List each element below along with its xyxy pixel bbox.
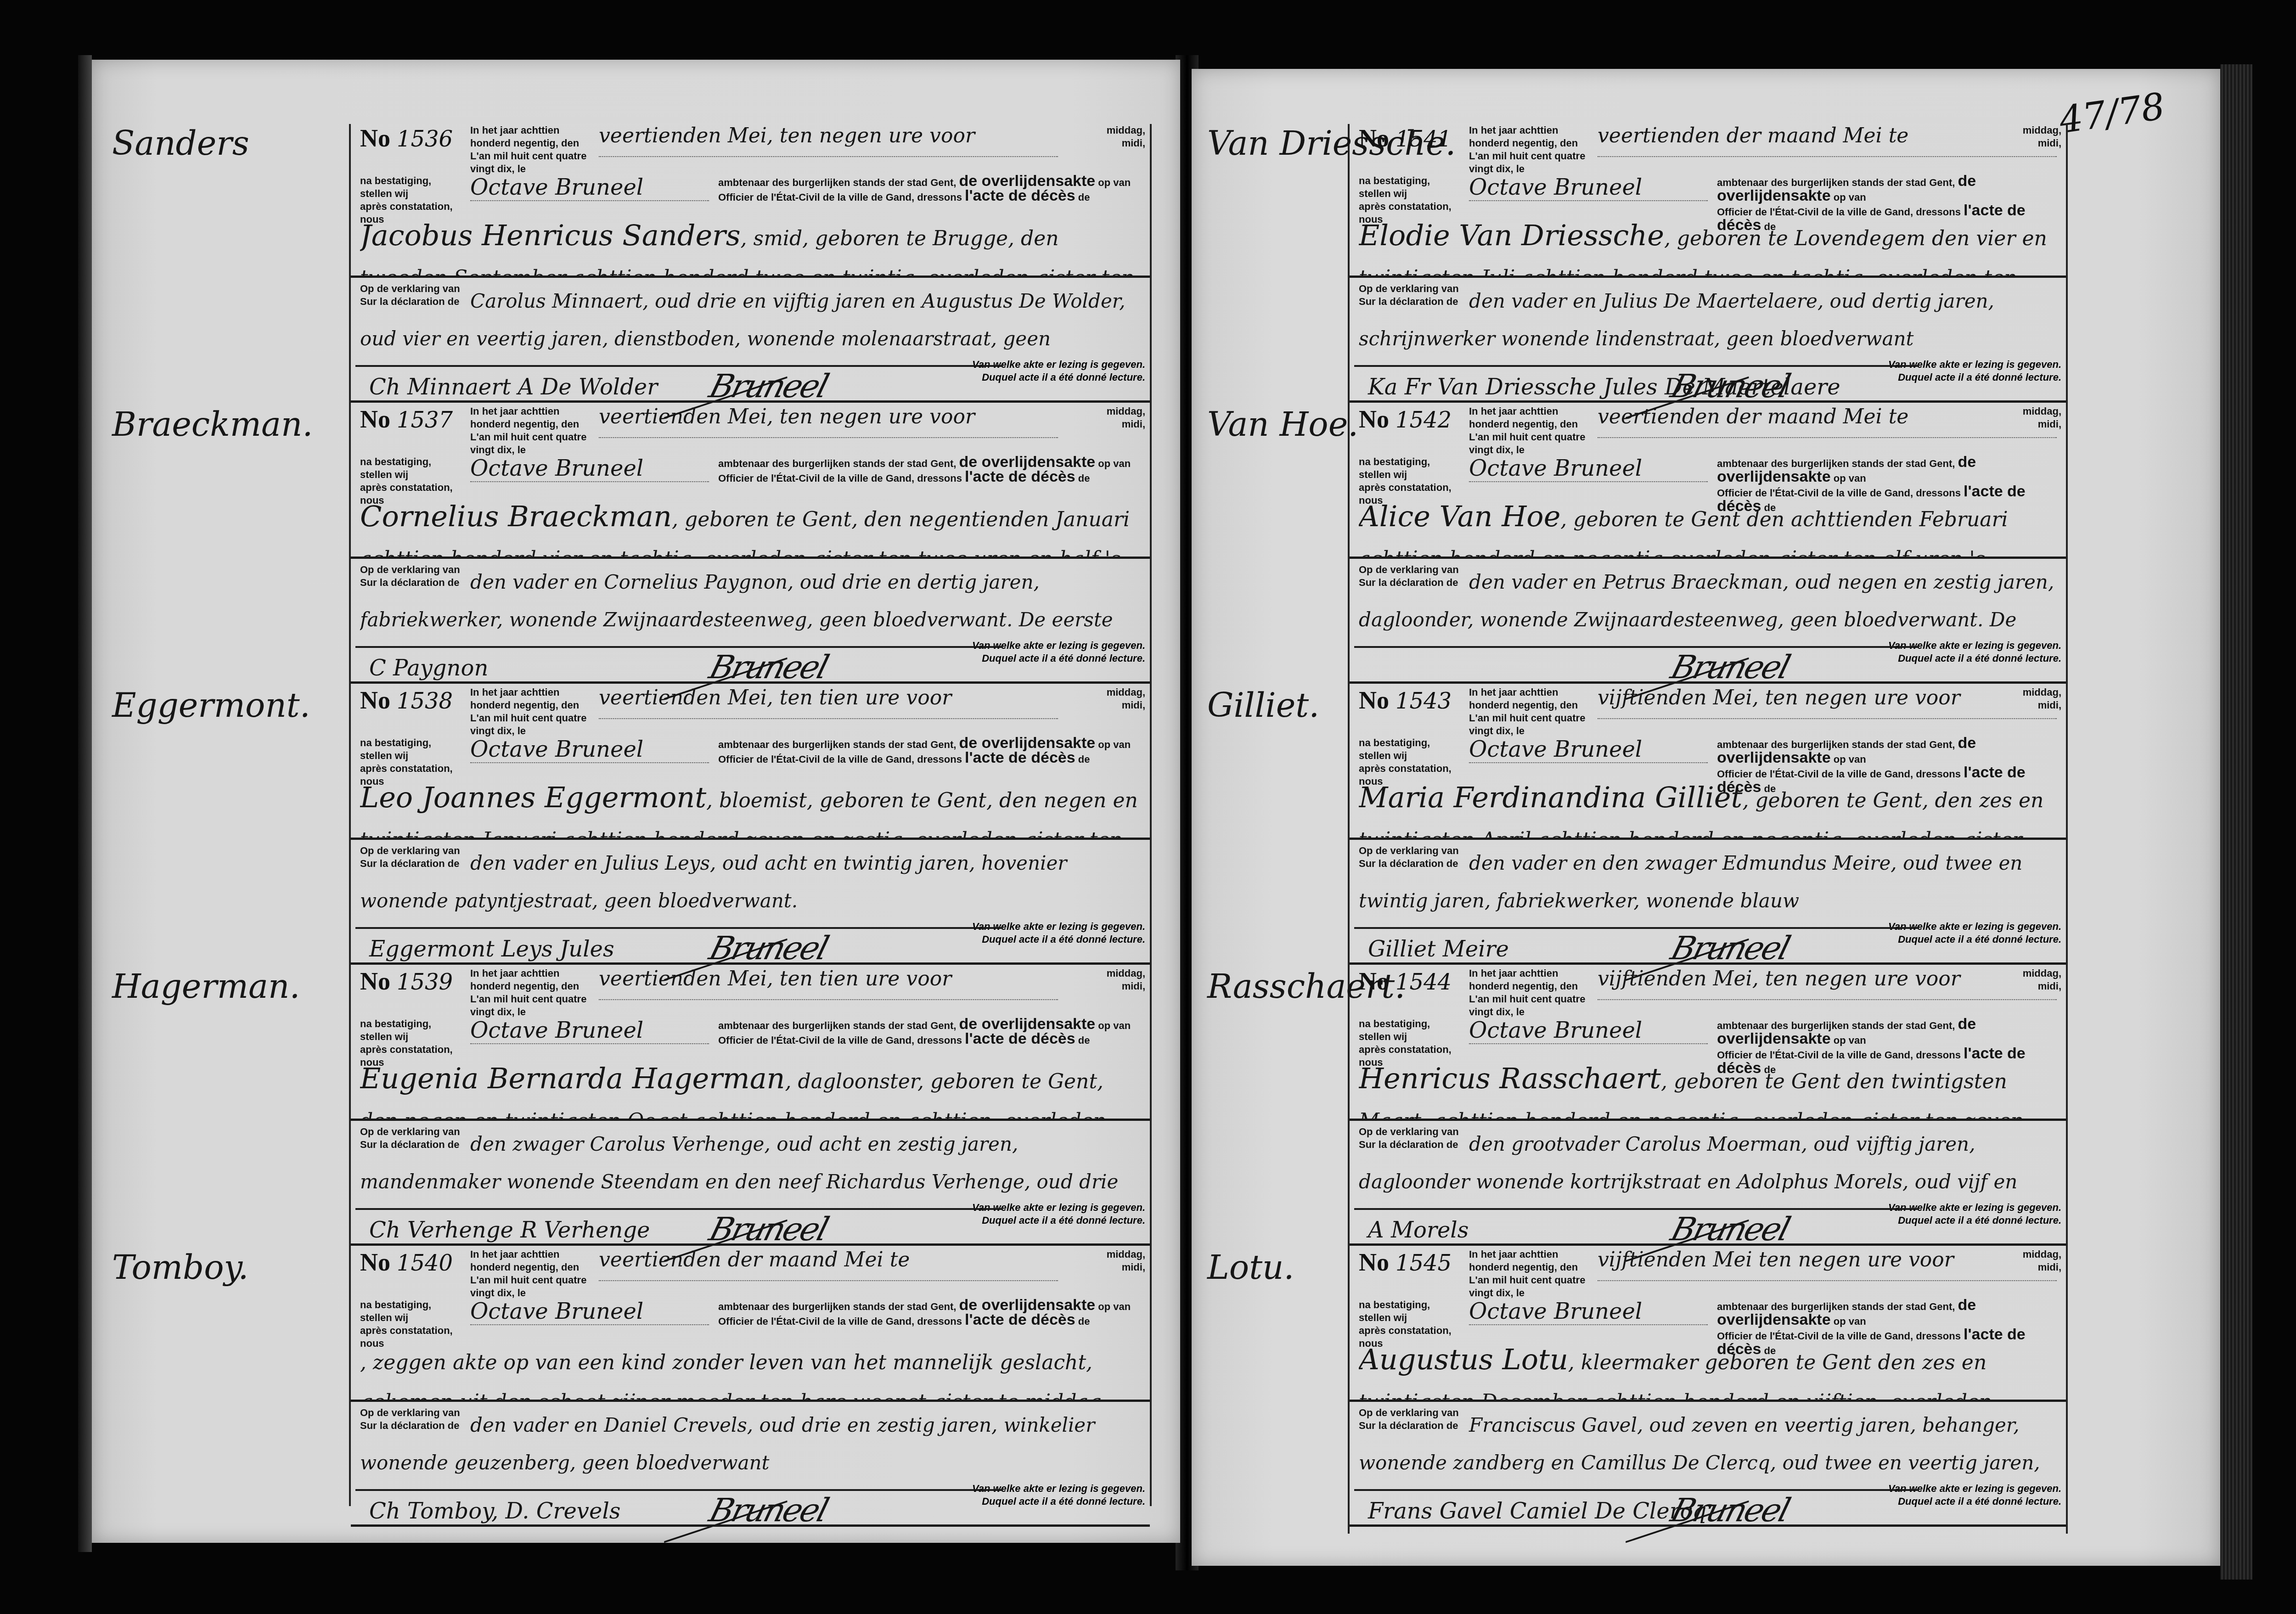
record-date-value: veertienden der maand Mei te <box>1598 405 1908 428</box>
record-number: No1538 <box>360 686 453 714</box>
read-fr: Duquel acte il a été donné lecture. <box>1888 1495 2061 1508</box>
intro-nl: In het jaar achttien honderd negentig, d… <box>470 686 590 712</box>
record-body: , zeggen akte op van een kind zonder lev… <box>360 1340 1141 1400</box>
declaration-label: Op de verklaring van Sur la déclaration … <box>1359 1125 1464 1151</box>
no-label: No <box>1359 1248 1389 1276</box>
intro-fr: L'an mil huit cent quatre vingt dix, le <box>1469 1274 1588 1299</box>
declaration: Op de verklaring van Sur la déclaration … <box>360 1406 1141 1482</box>
deceased-name: Cornelius Braeckman <box>360 500 672 533</box>
record-date: veertienden Mei, ten tien ure voor <box>599 967 1058 1000</box>
midday-nl: middag, <box>1107 124 1145 137</box>
clerk-signature: Bruneel <box>705 929 831 967</box>
record-body: Alice Van Hoe, geboren te Gent den achtt… <box>1359 497 2057 557</box>
declaration-label: Op de verklaring van Sur la déclaration … <box>360 1406 466 1432</box>
no-label: No <box>360 1248 390 1276</box>
declaration: Op de verklaring van Sur la déclaration … <box>1359 1125 2057 1203</box>
declaration-label: Op de verklaring van Sur la déclaration … <box>360 1125 466 1151</box>
declaration-label: Op de verklaring van Sur la déclaration … <box>1359 282 1464 308</box>
midday-label: middag, midi, <box>1107 686 1145 712</box>
left-page-edge <box>78 55 92 1552</box>
declaration-label: Op de verklaring van Sur la déclaration … <box>360 844 466 870</box>
reading-note: Van welke akte er lezing is gegeven. Duq… <box>972 1482 1145 1508</box>
decl-fr: Sur la déclaration de <box>1359 576 1464 589</box>
decl-nl: Op de verklaring van <box>1359 1125 1464 1138</box>
record-number-value: 1540 <box>397 1250 453 1276</box>
declaration: Op de verklaring van Sur la déclaration … <box>1359 1406 2057 1485</box>
intro-fr: L'an mil huit cent quatre vingt dix, le <box>1469 993 1588 1018</box>
officer-name: Octave Bruneel <box>1469 456 1708 482</box>
reading-note: Van welke akte er lezing is gegeven. Duq… <box>1888 1482 2061 1508</box>
deceased-name: Jacobus Henricus Sanders <box>360 219 741 252</box>
intro-nl: In het jaar achttien honderd negentig, d… <box>1469 686 1588 712</box>
intro-text: In het jaar achttien honderd negentig, d… <box>470 686 590 737</box>
death-record: Rasschaert. No1544 In het jaar achttien … <box>1350 967 2066 1248</box>
record-number: No1536 <box>360 124 453 152</box>
declarants-text: Carolus Minnaert, oud drie en vijftig ja… <box>360 282 1141 360</box>
read-nl: Van welke akte er lezing is gegeven. <box>972 1482 1145 1495</box>
death-record: Sanders No1536 In het jaar achttien hond… <box>351 124 1150 405</box>
declaration-label: Op de verklaring van Sur la déclaration … <box>1359 1406 1464 1432</box>
read-fr: Duquel acte il a été donné lecture. <box>1888 371 2061 384</box>
witness-signatures: Gilliet Meire <box>1368 936 1509 962</box>
record-number-value: 1543 <box>1396 688 1452 714</box>
record-date-value: veertienden Mei, ten tien ure voor <box>599 686 951 709</box>
margin-surname: Gilliet. <box>1207 686 1319 725</box>
midday-fr: midi, <box>1107 699 1145 712</box>
death-record: Gilliet. No1543 In het jaar achttien hon… <box>1350 686 2066 967</box>
record-date-value: vijftienden Mei, ten negen ure voor <box>1598 967 1960 990</box>
record-date-value: vijftienden Mei ten negen ure voor <box>1598 1248 1954 1271</box>
margin-surname: Eggermont. <box>112 686 310 725</box>
record-date: veertienden Mei, ten negen ure voor <box>599 124 1058 157</box>
record-number-value: 1537 <box>397 407 453 433</box>
record-end-rule <box>1350 1243 2066 1246</box>
officer-row: na bestatiging, stellen wij après consta… <box>360 174 1145 211</box>
death-record: Hagerman. No1539 In het jaar achttien ho… <box>351 967 1150 1248</box>
akte-fr: l'acte de décès <box>965 468 1075 485</box>
op-van: op van <box>1098 1020 1131 1031</box>
deceased-name: Alice Van Hoe <box>1359 500 1560 533</box>
left-page: Sanders No1536 In het jaar achttien hond… <box>92 60 1180 1543</box>
intro-text: In het jaar achttien honderd negentig, d… <box>1469 1248 1588 1299</box>
na-nl: na bestatiging, stellen wij <box>360 456 466 481</box>
declaration: Op de verklaring van Sur la déclaration … <box>360 1125 1141 1203</box>
ambt-fr: Officier de l'État-Civil de la ville de … <box>718 1316 962 1327</box>
record-number-value: 1542 <box>1396 407 1452 433</box>
deceased-name: Elodie Van Driessche <box>1359 219 1664 252</box>
no-label: No <box>1359 686 1389 714</box>
record-body: Elodie Van Driessche, geboren te Lovende… <box>1359 216 2057 276</box>
record-number: No1545 <box>1359 1248 1452 1277</box>
intro-nl: In het jaar achttien honderd negentig, d… <box>1469 124 1588 150</box>
intro-fr: L'an mil huit cent quatre vingt dix, le <box>1469 150 1588 175</box>
officer-row: na bestatiging, stellen wij après consta… <box>1359 456 2061 492</box>
body-rule <box>351 838 1150 840</box>
midday-nl: middag, <box>1107 686 1145 699</box>
read-fr: Duquel acte il a été donné lecture. <box>1888 933 2061 946</box>
officer-name: Octave Bruneel <box>1469 174 1708 201</box>
death-record: Lotu. No1545 In het jaar achttien honder… <box>1350 1248 2066 1529</box>
midday-nl: middag, <box>1107 967 1145 980</box>
midday-label: middag, midi, <box>2023 405 2061 431</box>
read-fr: Duquel acte il a été donné lecture. <box>1888 1214 2061 1227</box>
declaration-label: Op de verklaring van Sur la déclaration … <box>1359 844 1464 870</box>
op-van: op van <box>1834 1316 1866 1327</box>
de-label: de <box>1078 191 1090 203</box>
no-label: No <box>360 124 390 152</box>
record-date: vijftienden Mei, ten negen ure voor <box>1598 686 2057 719</box>
no-label: No <box>1359 967 1389 995</box>
body-rule <box>1350 838 2066 840</box>
read-nl: Van welke akte er lezing is gegeven. <box>972 1201 1145 1214</box>
declaration: Op de verklaring van Sur la déclaration … <box>360 282 1141 360</box>
record-end-rule <box>1350 681 2066 684</box>
body-rule <box>1350 276 2066 278</box>
officer-name: Octave Bruneel <box>1469 1299 1708 1325</box>
decl-nl: Op de verklaring van <box>360 563 466 576</box>
midday-label: middag, midi, <box>1107 405 1145 431</box>
intro-nl: In het jaar achttien honderd negentig, d… <box>470 967 590 993</box>
na-nl: na bestatiging, stellen wij <box>360 1299 466 1324</box>
record-end-rule <box>351 962 1150 965</box>
officer-row: na bestatiging, stellen wij après consta… <box>1359 174 2061 211</box>
op-van: op van <box>1834 191 1866 203</box>
margin-surname: Lotu. <box>1207 1248 1294 1287</box>
decl-nl: Op de verklaring van <box>360 1406 466 1419</box>
declarants-text: den vader en Daniel Crevels, oud drie en… <box>360 1406 1141 1482</box>
death-record: Eggermont. No1538 In het jaar achttien h… <box>351 686 1150 967</box>
ambt-fr: Officier de l'État-Civil de la ville de … <box>718 191 962 203</box>
akte-fr: l'acte de décès <box>965 187 1075 204</box>
signature-rule <box>1354 646 1919 648</box>
record-number: No1539 <box>360 967 453 995</box>
op-van: op van <box>1098 1301 1131 1312</box>
declaration: Op de verklaring van Sur la déclaration … <box>1359 844 2057 920</box>
reading-note: Van welke akte er lezing is gegeven. Duq… <box>972 1201 1145 1227</box>
intro-nl: In het jaar achttien honderd negentig, d… <box>1469 405 1588 431</box>
decl-fr: Sur la déclaration de <box>360 576 466 589</box>
de-label: de <box>1078 754 1090 765</box>
register-spread: Sanders No1536 In het jaar achttien hond… <box>0 0 2296 1614</box>
intro-fr: L'an mil huit cent quatre vingt dix, le <box>470 712 590 737</box>
op-van: op van <box>1098 177 1131 188</box>
witness-signatures: Ch Tomboy, D. Crevels <box>369 1498 620 1524</box>
intro-text: In het jaar achttien honderd negentig, d… <box>470 405 590 456</box>
officer-name: Octave Bruneel <box>470 737 709 763</box>
officer-row: na bestatiging, stellen wij après consta… <box>1359 737 2061 773</box>
margin-surname: Braeckman. <box>112 405 313 444</box>
body-rule <box>351 557 1150 559</box>
decl-nl: Op de verklaring van <box>1359 282 1464 295</box>
midday-label: middag, midi, <box>2023 967 2061 993</box>
signature-rule <box>1354 1489 1919 1491</box>
read-nl: Van welke akte er lezing is gegeven. <box>1888 358 2061 371</box>
na-nl: na bestatiging, stellen wij <box>360 174 466 200</box>
record-number-value: 1541 <box>1396 126 1452 152</box>
de-label: de <box>1078 472 1090 484</box>
body-rule <box>351 1119 1150 1121</box>
decl-nl: Op de verklaring van <box>360 1125 466 1138</box>
ambtenaar-text: ambtenaar des burgerlijken stands der st… <box>718 737 1145 766</box>
reading-note: Van welke akte er lezing is gegeven. Duq… <box>1888 1201 2061 1227</box>
signature-rule <box>1354 1208 1919 1210</box>
record-body: Cornelius Braeckman, geboren te Gent, de… <box>360 497 1141 557</box>
midday-label: middag, midi, <box>2023 686 2061 712</box>
officer-row: na bestatiging, stellen wij après consta… <box>360 456 1145 492</box>
record-date: veertienden der maand Mei te <box>1598 124 2057 157</box>
intro-text: In het jaar achttien honderd negentig, d… <box>470 967 590 1018</box>
signature-rule <box>355 1208 1003 1210</box>
record-date-value: veertienden Mei, ten negen ure voor <box>599 405 975 428</box>
midday-fr: midi, <box>1107 980 1145 993</box>
no-label: No <box>360 405 390 433</box>
midday-nl: middag, <box>2023 1248 2061 1261</box>
record-number: No1541 <box>1359 124 1452 152</box>
record-number-value: 1536 <box>397 126 453 152</box>
ambt-fr: Officier de l'État-Civil de la ville de … <box>718 1035 962 1046</box>
decl-fr: Sur la déclaration de <box>360 1138 466 1151</box>
reading-note: Van welke akte er lezing is gegeven. Duq… <box>972 639 1145 665</box>
read-nl: Van welke akte er lezing is gegeven. <box>972 920 1145 933</box>
record-number: No1537 <box>360 405 453 433</box>
na-nl: na bestatiging, stellen wij <box>1359 1299 1464 1324</box>
read-nl: Van welke akte er lezing is gegeven. <box>972 358 1145 371</box>
na-nl: na bestatiging, stellen wij <box>360 1018 466 1043</box>
record-date: vijftienden Mei, ten negen ure voor <box>1598 967 2057 1000</box>
op-van: op van <box>1834 754 1866 765</box>
ambtenaar-text: ambtenaar des burgerlijken stands der st… <box>718 456 1145 485</box>
midday-label: middag, midi, <box>1107 124 1145 150</box>
record-number: No1540 <box>360 1248 453 1277</box>
right-records-frame: Van Driessche. No1541 In het jaar achtti… <box>1348 124 2068 1534</box>
death-record: Van Driessche. No1541 In het jaar achtti… <box>1350 124 2066 405</box>
declarants-text: den vader en Julius Leys, oud acht en tw… <box>360 844 1141 920</box>
na-nl: na bestatiging, stellen wij <box>360 737 466 762</box>
op-van: op van <box>1098 739 1131 750</box>
decl-fr: Sur la déclaration de <box>360 295 466 308</box>
signature-rule <box>355 646 1003 648</box>
record-body-text: zeggen akte op van een kind zonder leven… <box>360 1351 1127 1400</box>
midday-nl: middag, <box>2023 686 2061 699</box>
midday-label: middag, midi, <box>1107 1248 1145 1274</box>
intro-fr: L'an mil huit cent quatre vingt dix, le <box>1469 431 1588 456</box>
intro-nl: In het jaar achttien honderd negentig, d… <box>470 124 590 150</box>
clerk-signature: Bruneel <box>1667 929 1793 967</box>
declaration-label: Op de verklaring van Sur la déclaration … <box>360 563 466 589</box>
record-end-rule <box>1350 400 2066 403</box>
midday-fr: midi, <box>1107 1261 1145 1274</box>
clerk-signature: Bruneel <box>1667 1491 1793 1529</box>
decl-fr: Sur la déclaration de <box>1359 1419 1464 1432</box>
death-record: Tomboy. No1540 In het jaar achttien hond… <box>351 1248 1150 1529</box>
record-date: veertienden der maand Mei te <box>1598 405 2057 438</box>
intro-text: In het jaar achttien honderd negentig, d… <box>1469 967 1588 1018</box>
intro-text: In het jaar achttien honderd negentig, d… <box>470 1248 590 1299</box>
record-end-rule <box>351 1243 1150 1246</box>
midday-nl: middag, <box>2023 124 2061 137</box>
intro-fr: L'an mil huit cent quatre vingt dix, le <box>1469 712 1588 737</box>
read-fr: Duquel acte il a été donné lecture. <box>972 1214 1145 1227</box>
de-label: de <box>1078 1316 1090 1327</box>
record-body: Augustus Lotu, kleermaker geboren te Gen… <box>1359 1340 2057 1400</box>
ambt-nl: ambtenaar des burgerlijken stands der st… <box>718 1301 956 1312</box>
death-record: Van Hoe. No1542 In het jaar achttien hon… <box>1350 405 2066 686</box>
record-body: Leo Joannes Eggermont, bloemist, geboren… <box>360 778 1141 838</box>
clerk-signature: Bruneel <box>705 648 831 686</box>
read-fr: Duquel acte il a été donné lecture. <box>972 371 1145 384</box>
midday-nl: middag, <box>1107 405 1145 418</box>
read-nl: Van welke akte er lezing is gegeven. <box>1888 920 2061 933</box>
intro-fr: L'an mil huit cent quatre vingt dix, le <box>470 993 590 1018</box>
decl-fr: Sur la déclaration de <box>360 857 466 870</box>
ambt-nl: ambtenaar des burgerlijken stands der st… <box>718 458 956 469</box>
read-fr: Duquel acte il a été donné lecture. <box>972 1495 1145 1508</box>
body-rule <box>1350 1400 2066 1402</box>
record-date: veertienden der maand Mei te <box>599 1248 1058 1281</box>
op-van: op van <box>1098 458 1131 469</box>
midday-label: middag, midi, <box>2023 1248 2061 1274</box>
officer-row: na bestatiging, stellen wij après consta… <box>360 737 1145 773</box>
deceased-name: Eugenia Bernarda Hagerman <box>360 1062 785 1095</box>
body-rule <box>351 1400 1150 1402</box>
declarants-text: den zwager Carolus Verhenge, oud acht en… <box>360 1125 1141 1203</box>
signature-rule <box>355 365 1003 367</box>
decl-nl: Op de verklaring van <box>360 844 466 857</box>
intro-fr: L'an mil huit cent quatre vingt dix, le <box>470 150 590 175</box>
record-number-value: 1539 <box>397 969 453 995</box>
midday-fr: midi, <box>2023 418 2061 431</box>
margin-surname: Van Hoe. <box>1207 405 1358 444</box>
body-rule <box>1350 557 2066 559</box>
officer-row: na bestatiging, stellen wij après consta… <box>360 1299 1145 1335</box>
record-date-value: veertienden Mei, ten negen ure voor <box>599 124 975 147</box>
midday-fr: midi, <box>2023 1261 2061 1274</box>
midday-fr: midi, <box>2023 699 2061 712</box>
decl-nl: Op de verklaring van <box>360 282 466 295</box>
clerk-signature: Bruneel <box>1667 1210 1793 1248</box>
intro-nl: In het jaar achttien honderd negentig, d… <box>470 1248 590 1274</box>
officer-name: Octave Bruneel <box>470 1018 709 1044</box>
no-label: No <box>1359 124 1389 152</box>
record-body: Jacobus Henricus Sanders, smid, geboren … <box>360 216 1141 276</box>
ambtenaar-text: ambtenaar des burgerlijken stands der st… <box>718 1299 1145 1328</box>
record-body: Maria Ferdinandina Gilliet, geboren te G… <box>1359 778 2057 838</box>
declaration: Op de verklaring van Sur la déclaration … <box>1359 282 2057 358</box>
record-date: veertienden Mei, ten tien ure voor <box>599 686 1058 719</box>
declaration-label: Op de verklaring van Sur la déclaration … <box>360 282 466 308</box>
intro-fr: L'an mil huit cent quatre vingt dix, le <box>470 431 590 456</box>
clerk-signature: Bruneel <box>705 1210 831 1248</box>
na-nl: na bestatiging, stellen wij <box>1359 1018 1464 1043</box>
read-nl: Van welke akte er lezing is gegeven. <box>972 639 1145 652</box>
decl-nl: Op de verklaring van <box>1359 844 1464 857</box>
reading-note: Van welke akte er lezing is gegeven. Duq… <box>1888 358 2061 384</box>
akte-fr: l'acte de décès <box>965 1311 1075 1328</box>
record-number: No1542 <box>1359 405 1452 433</box>
record-date-value: veertienden Mei, ten tien ure voor <box>599 967 951 990</box>
record-end-rule <box>351 681 1150 684</box>
left-records-frame: Sanders No1536 In het jaar achttien hond… <box>349 124 1152 1506</box>
record-date: vijftienden Mei ten negen ure voor <box>1598 1248 2057 1281</box>
na-nl: na bestatiging, stellen wij <box>1359 174 1464 200</box>
midday-label: middag, midi, <box>2023 124 2061 150</box>
officer-row: na bestatiging, stellen wij après consta… <box>1359 1299 2061 1335</box>
ambtenaar-text: ambtenaar des burgerlijken stands der st… <box>718 1018 1145 1047</box>
deceased-name: Leo Joannes Eggermont <box>360 781 706 814</box>
signature-rule <box>1354 365 1919 367</box>
intro-text: In het jaar achttien honderd negentig, d… <box>1469 124 1588 175</box>
declaration: Op de verklaring van Sur la déclaration … <box>1359 563 2057 641</box>
declaration-label: Op de verklaring van Sur la déclaration … <box>1359 563 1464 589</box>
intro-nl: In het jaar achttien honderd negentig, d… <box>1469 967 1588 993</box>
midday-fr: midi, <box>2023 980 2061 993</box>
decl-fr: Sur la déclaration de <box>1359 857 1464 870</box>
read-fr: Duquel acte il a été donné lecture. <box>972 652 1145 665</box>
midday-label: middag, midi, <box>1107 967 1145 993</box>
officer-row: na bestatiging, stellen wij après consta… <box>1359 1018 2061 1054</box>
deceased-name: Maria Ferdinandina Gilliet <box>1359 781 1742 814</box>
intro-text: In het jaar achttien honderd negentig, d… <box>1469 405 1588 456</box>
midday-nl: middag, <box>1107 1248 1145 1261</box>
no-label: No <box>360 686 390 714</box>
akte-fr: l'acte de décès <box>965 1030 1075 1047</box>
read-fr: Duquel acte il a été donné lecture. <box>1888 652 2061 665</box>
reading-note: Van welke akte er lezing is gegeven. Duq… <box>972 920 1145 946</box>
ambtenaar-text: ambtenaar des burgerlijken stands der st… <box>718 174 1145 204</box>
officer-name: Octave Bruneel <box>470 456 709 482</box>
intro-text: In het jaar achttien honderd negentig, d… <box>470 124 590 175</box>
midday-fr: midi, <box>1107 418 1145 431</box>
record-end-rule <box>1350 962 2066 965</box>
officer-name: Octave Bruneel <box>1469 737 1708 763</box>
officer-row: na bestatiging, stellen wij après consta… <box>360 1018 1145 1054</box>
body-rule <box>351 276 1150 278</box>
no-label: No <box>360 967 390 995</box>
officer-name: Octave Bruneel <box>470 174 709 201</box>
record-number: No1544 <box>1359 967 1452 995</box>
margin-surname: Sanders <box>112 124 249 163</box>
record-number-value: 1538 <box>397 688 453 714</box>
na-nl: na bestatiging, stellen wij <box>1359 737 1464 762</box>
declarants-text: den vader en Cornelius Paygnon, oud drie… <box>360 563 1141 641</box>
record-number-value: 1544 <box>1396 969 1452 995</box>
decl-fr: Sur la déclaration de <box>1359 295 1464 308</box>
witness-signatures: Ch Minnaert A De Wolder <box>369 374 658 400</box>
signature-rule <box>1354 927 1919 929</box>
decl-nl: Op de verklaring van <box>1359 563 1464 576</box>
declaration: Op de verklaring van Sur la déclaration … <box>360 844 1141 920</box>
record-body: Eugenia Bernarda Hagerman, dagloonster, … <box>360 1059 1141 1119</box>
page-number: 47/78 <box>2057 84 2167 141</box>
body-rule <box>1350 1119 2066 1121</box>
ambt-fr: Officier de l'État-Civil de la ville de … <box>718 754 962 765</box>
midday-nl: middag, <box>2023 967 2061 980</box>
intro-text: In het jaar achttien honderd negentig, d… <box>1469 686 1588 737</box>
midday-fr: midi, <box>1107 137 1145 150</box>
record-end-rule <box>351 1524 1150 1527</box>
midday-nl: middag, <box>2023 405 2061 418</box>
right-page: 47/78 Van Driessche. No1541 In het jaar … <box>1192 69 2220 1566</box>
na-nl: na bestatiging, stellen wij <box>1359 456 1464 481</box>
clerk-signature: Bruneel <box>705 367 831 405</box>
read-nl: Van welke akte er lezing is gegeven. <box>1888 1482 2061 1495</box>
officer-name: Octave Bruneel <box>470 1299 709 1325</box>
death-record: Braeckman. No1537 In het jaar achttien h… <box>351 405 1150 686</box>
margin-surname: Tomboy. <box>112 1248 249 1287</box>
officer-name: Octave Bruneel <box>1469 1018 1708 1044</box>
read-nl: Van welke akte er lezing is gegeven. <box>1888 1201 2061 1214</box>
record-end-rule <box>1350 1524 2066 1527</box>
